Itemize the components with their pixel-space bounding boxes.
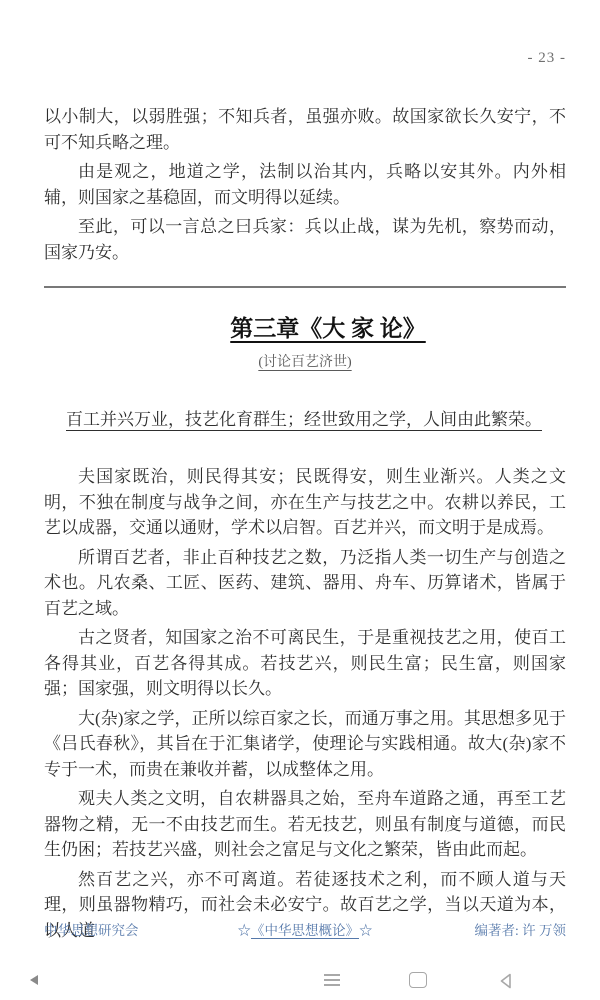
paragraph: 所谓百艺者，非止百种技艺之数，乃泛指人类一切生产与创造之术也。凡农桑、工匠、医药… [44,545,566,622]
footer-organization: 中华思想研究会 [44,919,238,939]
footer-author: 编著者: 许 万领 [373,919,567,939]
chapter-lead-sentence: 百工并兴万业，技艺化育群生；经世致用之学，人间由此繁荣。 [66,407,566,433]
document-footer: 中华思想研究会 ☆《中华思想概论》☆ 编著者: 许 万领 [44,919,566,939]
section-divider [44,286,566,288]
star-icon: ☆ [238,923,252,938]
paragraph: 由是观之，地道之学，法制以治其内，兵略以安其外。内外相辅，则国家之基稳固，而文明… [44,159,566,210]
document-page: - 23 - 以小制大，以弱胜强；不知兵者，虽强亦败。故国家欲长久安宁，不可不知… [0,0,600,1000]
page-number: - 23 - [528,50,567,67]
scroll-left-icon[interactable] [30,975,38,985]
system-navbar [0,963,600,1000]
back-icon[interactable] [497,972,515,995]
home-icon[interactable] [409,972,427,988]
paragraph: 夫国家既治，则民得其安；民既得安，则生业渐兴。人类之文明，不独在制度与战争之间，… [44,464,566,541]
paragraph: 观夫人类之文明，自农耕器具之始，至舟车道路之通，再至工艺器物之精，无一不由技艺而… [44,786,566,863]
paragraph: 以小制大，以弱胜强；不知兵者，虽强亦败。故国家欲长久安宁，不可不知兵略之理。 [44,104,566,155]
menu-icon[interactable] [324,974,340,986]
footer-book-title: ☆《中华思想概论》☆ [238,919,373,939]
star-icon: ☆ [359,923,373,938]
paragraph: 至此，可以一言总之曰兵家：兵以止战，谋为先机，察势而动，国家乃安。 [44,214,566,265]
paragraph: 大(杂)家之学，正所以综百家之长，而通万事之用。其思想多见于《吕氏春秋》，其旨在… [44,706,566,783]
document-content: 以小制大，以弱胜强；不知兵者，虽强亦败。故国家欲长久安宁，不可不知兵略之理。 由… [44,104,566,947]
book-title-text: 《中华思想概论》 [251,923,359,938]
chapter-body: 夫国家既治，则民得其安；民既得安，则生业渐兴。人类之文明，不独在制度与战争之间，… [44,464,566,943]
chapter-title: 第三章《大 家 论》 [44,314,566,344]
paragraph: 古之贤者，知国家之治不可离民生，于是重视技艺之用，使百工各得其业，百艺各得其成。… [44,625,566,702]
chapter-subtitle: (讨论百艺济世) [44,350,566,376]
